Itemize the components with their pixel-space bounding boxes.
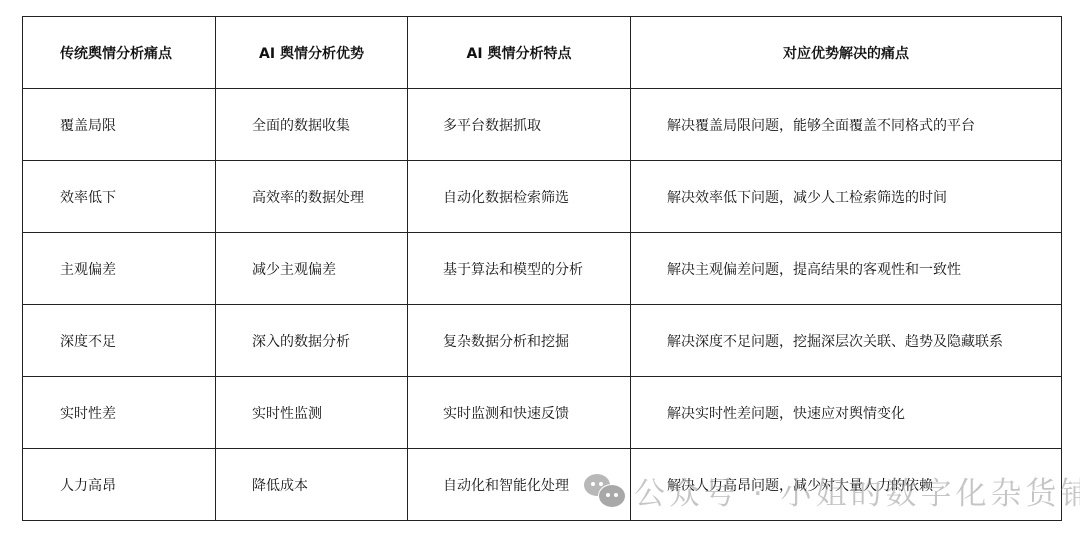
table-row: 人力高昂 降低成本 自动化和智能化处理 解决人力高昂问题，减少对大量人力的依赖 xyxy=(23,449,1062,521)
cell-solution: 解决主观偏差问题，提高结果的客观性和一致性 xyxy=(631,233,1062,305)
cell-feature: 基于算法和模型的分析 xyxy=(408,233,631,305)
cell-advantage: 深入的数据分析 xyxy=(216,305,408,377)
cell-solution: 解决人力高昂问题，减少对大量人力的依赖 xyxy=(631,449,1062,521)
cell-solution: 解决实时性差问题，快速应对舆情变化 xyxy=(631,377,1062,449)
cell-feature: 自动化数据检索筛选 xyxy=(408,161,631,233)
cell-advantage: 高效率的数据处理 xyxy=(216,161,408,233)
header-traditional-pain-points: 传统舆情分析痛点 xyxy=(23,17,216,89)
cell-feature: 自动化和智能化处理 xyxy=(408,449,631,521)
table-row: 主观偏差 减少主观偏差 基于算法和模型的分析 解决主观偏差问题，提高结果的客观性… xyxy=(23,233,1062,305)
cell-advantage: 实时性监测 xyxy=(216,377,408,449)
cell-solution: 解决深度不足问题，挖掘深层次关联、趋势及隐藏联系 xyxy=(631,305,1062,377)
cell-feature: 实时监测和快速反馈 xyxy=(408,377,631,449)
cell-feature: 复杂数据分析和挖掘 xyxy=(408,305,631,377)
header-solved-pain-points: 对应优势解决的痛点 xyxy=(631,17,1062,89)
table-row: 覆盖局限 全面的数据收集 多平台数据抓取 解决覆盖局限问题，能够全面覆盖不同格式… xyxy=(23,89,1062,161)
cell-advantage: 降低成本 xyxy=(216,449,408,521)
cell-pain-point: 人力高昂 xyxy=(23,449,216,521)
table-row: 效率低下 高效率的数据处理 自动化数据检索筛选 解决效率低下问题，减少人工检索筛… xyxy=(23,161,1062,233)
table-row: 实时性差 实时性监测 实时监测和快速反馈 解决实时性差问题，快速应对舆情变化 xyxy=(23,377,1062,449)
cell-advantage: 全面的数据收集 xyxy=(216,89,408,161)
cell-pain-point: 效率低下 xyxy=(23,161,216,233)
cell-pain-point: 主观偏差 xyxy=(23,233,216,305)
cell-pain-point: 实时性差 xyxy=(23,377,216,449)
header-ai-features: AI 舆情分析特点 xyxy=(408,17,631,89)
header-ai-advantages: AI 舆情分析优势 xyxy=(216,17,408,89)
comparison-table: 传统舆情分析痛点 AI 舆情分析优势 AI 舆情分析特点 对应优势解决的痛点 覆… xyxy=(22,16,1062,521)
cell-solution: 解决效率低下问题，减少人工检索筛选的时间 xyxy=(631,161,1062,233)
cell-feature: 多平台数据抓取 xyxy=(408,89,631,161)
table-header-row: 传统舆情分析痛点 AI 舆情分析优势 AI 舆情分析特点 对应优势解决的痛点 xyxy=(23,17,1062,89)
cell-solution: 解决覆盖局限问题，能够全面覆盖不同格式的平台 xyxy=(631,89,1062,161)
table-row: 深度不足 深入的数据分析 复杂数据分析和挖掘 解决深度不足问题，挖掘深层次关联、… xyxy=(23,305,1062,377)
cell-pain-point: 深度不足 xyxy=(23,305,216,377)
cell-advantage: 减少主观偏差 xyxy=(216,233,408,305)
cell-pain-point: 覆盖局限 xyxy=(23,89,216,161)
